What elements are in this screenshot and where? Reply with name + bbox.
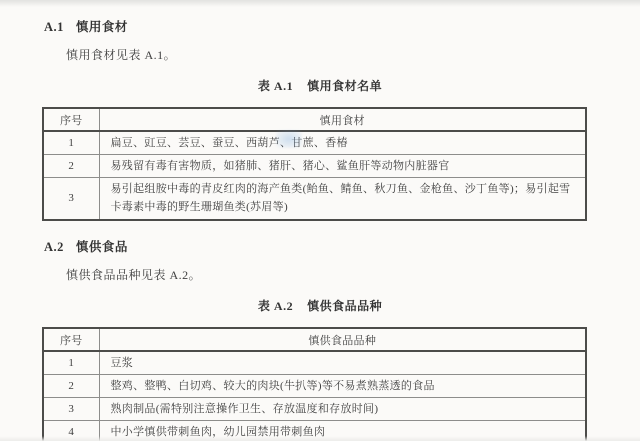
table-caption: 表 A.2慎供食品品种 (0, 297, 640, 314)
heading-title: 慎供食品 (76, 240, 128, 254)
section-a2: A.2慎供食品 慎供食品品种见表 A.2。 表 A.2慎供食品品种 序号 慎供食… (0, 237, 640, 441)
cell-content: 豆浆 (99, 351, 586, 375)
table-header-row: 序号 慎供食品品种 (43, 328, 586, 351)
col-header-index: 序号 (43, 328, 99, 351)
caption-label: 表 A.1 (258, 79, 293, 93)
cautious-foods-table: 序号 慎供食品品种 1 豆浆 2 整鸡、整鸭、白切鸡、较大的肉块(牛扒等)等不易… (42, 327, 587, 441)
heading-number: A.1 (44, 20, 64, 34)
col-header-name: 慎用食材 (99, 108, 586, 131)
table-row: 2 整鸡、整鸭、白切鸡、较大的肉块(牛扒等)等不易煮熟蒸透的食品 (43, 375, 586, 398)
table-row: 1 扁豆、豇豆、芸豆、蚕豆、西葫芦、甘蔗、香椿 (43, 131, 586, 155)
cell-content: 扁豆、豇豆、芸豆、蚕豆、西葫芦、甘蔗、香椿 (99, 131, 586, 155)
cell-content: 整鸡、整鸭、白切鸡、较大的肉块(牛扒等)等不易煮熟蒸透的食品 (99, 375, 586, 398)
cell-index: 1 (43, 131, 99, 155)
heading-number: A.2 (44, 240, 64, 254)
section-a1: A.1慎用食材 慎用食材见表 A.1。 表 A.1慎用食材名单 序号 慎用食材 … (0, 17, 640, 221)
intro-paragraph: 慎供食品品种见表 A.2。 (66, 266, 640, 283)
table-row: 3 易引起组胺中毒的青皮红肉的海产鱼类(鲐鱼、鲭鱼、秋刀鱼、金枪鱼、沙丁鱼等)；… (43, 178, 586, 220)
table-row: 3 熟肉制品(需特别注意操作卫生、存放温度和存放时间) (43, 398, 586, 421)
cell-content: 易残留有毒有害物质，如猪肺、猪肝、猪心、鲨鱼肝等动物内脏器官 (99, 155, 586, 178)
document-page: A.1慎用食材 慎用食材见表 A.1。 表 A.1慎用食材名单 序号 慎用食材 … (0, 0, 640, 441)
caption-title: 慎供食品品种 (307, 299, 382, 313)
cautious-ingredients-table: 序号 慎用食材 1 扁豆、豇豆、芸豆、蚕豆、西葫芦、甘蔗、香椿 2 易残留有毒有… (42, 107, 587, 221)
cell-index: 2 (43, 155, 99, 178)
heading-title: 慎用食材 (76, 20, 128, 34)
cell-content: 熟肉制品(需特别注意操作卫生、存放温度和存放时间) (99, 398, 586, 421)
table-row: 2 易残留有毒有害物质，如猪肺、猪肝、猪心、鲨鱼肝等动物内脏器官 (43, 155, 586, 178)
table-caption: 表 A.1慎用食材名单 (0, 77, 640, 94)
col-header-name: 慎供食品品种 (99, 328, 586, 351)
caption-label: 表 A.2 (258, 299, 293, 313)
section-heading: A.2慎供食品 (44, 237, 640, 255)
table-header-row: 序号 慎用食材 (43, 108, 586, 131)
cell-index: 2 (43, 375, 99, 398)
intro-paragraph: 慎用食材见表 A.1。 (66, 46, 640, 63)
caption-title: 慎用食材名单 (307, 79, 382, 93)
cell-index: 1 (43, 351, 99, 375)
col-header-index: 序号 (43, 108, 99, 131)
section-heading: A.1慎用食材 (44, 17, 640, 35)
cell-index: 3 (43, 398, 99, 421)
cell-content: 易引起组胺中毒的青皮红肉的海产鱼类(鲐鱼、鲭鱼、秋刀鱼、金枪鱼、沙丁鱼等)；易引… (99, 178, 586, 220)
cell-index: 3 (43, 178, 99, 220)
table-row: 1 豆浆 (43, 351, 586, 375)
scan-edge-top (0, 0, 640, 7)
scan-edge-bottom (0, 436, 640, 441)
